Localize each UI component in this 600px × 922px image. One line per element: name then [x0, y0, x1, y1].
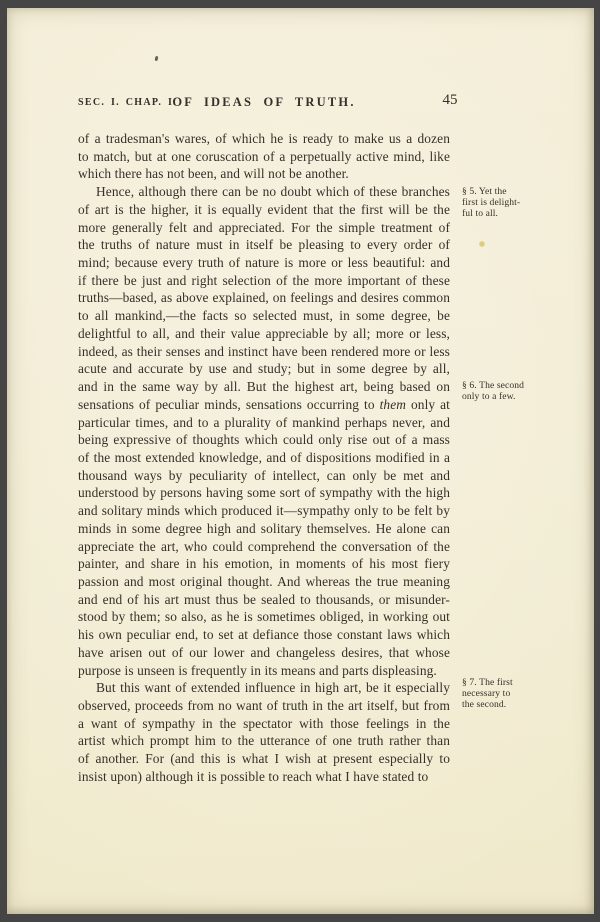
text-line: more generally felt and appreciated. For… [78, 219, 450, 237]
text-line: truths—based, as above explained, on fee… [78, 289, 450, 307]
running-title: OF IDEAS OF TRUTH. [78, 95, 450, 110]
text-line: indeed, as their senses and instinct hav… [78, 343, 450, 361]
paragraph: But this want of extended influence in h… [78, 679, 450, 785]
text-line: sensations of peculiar minds, sensations… [78, 396, 450, 414]
scanned-book-page: SEC. I. CHAP. I. OF IDEAS OF TRUTH. 45 o… [0, 0, 600, 922]
text-line: and end of his art must thus be sealed t… [78, 591, 450, 609]
text-line: of art is the higher, it is equally evid… [78, 201, 450, 219]
text-line: his own peculiar end, to set at defiance… [78, 626, 450, 644]
paper-blemish [479, 241, 485, 247]
page-number: 45 [436, 92, 464, 109]
text-line: purpose is unseen is frequently in its m… [78, 662, 450, 680]
text-line: passion and most original thought. And w… [78, 573, 450, 591]
paragraph: Hence, although there can be no doubt wh… [78, 183, 450, 679]
text-line: being expressive of thoughts which could… [78, 431, 450, 449]
text-line: to match, but at one coruscation of a pe… [78, 148, 450, 166]
text-line: insist upon) although it is possible to … [78, 768, 450, 786]
text-line: painter, and share in his emotion, in mo… [78, 555, 450, 573]
body-text: of a tradesman's wares, of which he is r… [78, 130, 450, 786]
text-line: to all mankind,—the facts so selected mu… [78, 307, 450, 325]
text-line: and solitary minds which produced it—sym… [78, 502, 450, 520]
text-line: artist which prompt him to the utterance… [78, 732, 450, 750]
text-line: thousand ways by peculiarity of intellec… [78, 467, 450, 485]
text-line: have arisen out of our lower and changel… [78, 644, 450, 662]
text-line: a want of sympathy in the spectator with… [78, 715, 450, 733]
text-line: acute and accurate by use and study; but… [78, 360, 450, 378]
text-line: stood by them; so also, as he is sometim… [78, 608, 450, 626]
text-line: particular times, and to a plurality of … [78, 414, 450, 432]
text-line: if there be just and right selection of … [78, 272, 450, 290]
text-line: which there has not been, and will not b… [78, 165, 450, 183]
text-line: appreciate the art, who could comprehend… [78, 538, 450, 556]
text-line: mind; because every truth of nature is m… [78, 254, 450, 272]
text-line: delightful to all, and their value appre… [78, 325, 450, 343]
text-line: of another. For (and this is what I wish… [78, 750, 450, 768]
text-line: But this want of extended influence in h… [78, 679, 450, 697]
text-line: understood by persons having some sort o… [78, 484, 450, 502]
text-line: of a tradesman's wares, of which he is r… [78, 130, 450, 148]
text-line: observed, proceeds from no want of truth… [78, 697, 450, 715]
text-line: Hence, although there can be no doubt wh… [78, 183, 450, 201]
paragraph: of a tradesman's wares, of which he is r… [78, 130, 450, 183]
text-line: the truths of nature must in itself be p… [78, 236, 450, 254]
text-line: and in the same way by all. But the high… [78, 378, 450, 396]
text-line: of the most extended knowledge, and of d… [78, 449, 450, 467]
text-line: minds in some degree high and solitary t… [78, 520, 450, 538]
